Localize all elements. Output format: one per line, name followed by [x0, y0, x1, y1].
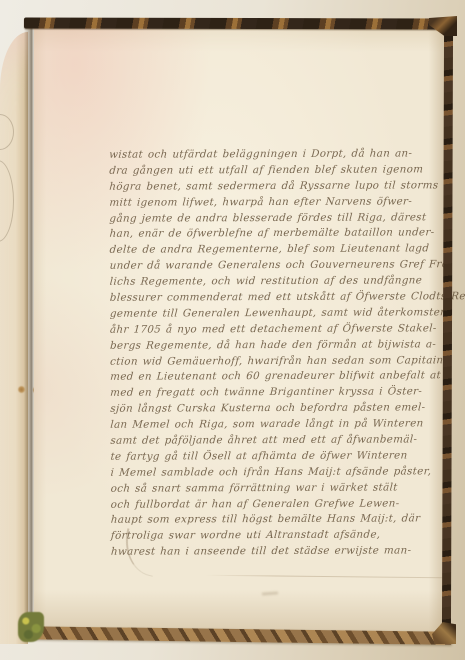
pencil-circle-sketch [0, 114, 14, 150]
manuscript-scan: wistat och utfärdat beläggningen i Dorpt… [0, 0, 465, 660]
handwritten-line: gemente till Generalen Lewenhaupt, samt … [109, 305, 444, 322]
handwritten-text-block: wistat och utfärdat beläggningen i Dorpt… [109, 146, 445, 561]
handwritten-line: hwarest han i anseende till det städse e… [110, 544, 445, 561]
handwritten-line: och så snart samma förrättning war i wär… [110, 480, 445, 497]
leather-binding-top-edge [24, 17, 452, 29]
handwritten-line: åhr 1705 å nyo med ett detachement af Öf… [109, 321, 444, 338]
handwritten-line: han, enär de öfwerblefne af merbemälte b… [109, 226, 444, 243]
handwritten-line: bergs Regemente, då han hade den förmån … [109, 337, 444, 354]
manuscript-page: wistat och utfärdat beläggningen i Dorpt… [34, 28, 445, 632]
handwritten-line: te fartyg gå till Ösell at afhämta de öf… [110, 448, 445, 465]
handwritten-line: under då warande Generalens och Gouverne… [109, 258, 444, 275]
handwritten-line: blessurer commenderat med ett utskått af… [109, 289, 444, 306]
handwritten-line: mitt igenom lifwet, hwarpå han efter Nar… [109, 194, 444, 211]
handwritten-line: wistat och utfärdat beläggningen i Dorpt… [109, 146, 444, 163]
handwritten-line: delte de andra Regementerne, blef som Li… [109, 242, 444, 259]
handwritten-line: lichs Regemente, och wid restitution af … [109, 273, 444, 290]
handwritten-line: samt det påföljande åhret att med ett af… [110, 432, 445, 449]
handwritten-line: högra benet, samt sedermera då Ryssarne … [109, 178, 444, 195]
leather-binding-right-edge [442, 24, 453, 638]
marbled-endpaper-fragment [18, 612, 44, 642]
pencil-circle-sketch [0, 160, 14, 242]
handwritten-line: i Memel samblade och ifrån Hans Maij:t a… [110, 464, 445, 481]
handwritten-line: med en fregatt och twänne Brigantiner kr… [110, 385, 445, 402]
handwritten-line: lan Memel och Riga, som warade långt in … [110, 416, 445, 433]
handwritten-line: sjön långst Curska Kusterna och befordra… [110, 401, 445, 418]
handwritten-line: dra gången uti ett utfall af fienden ble… [109, 162, 444, 179]
